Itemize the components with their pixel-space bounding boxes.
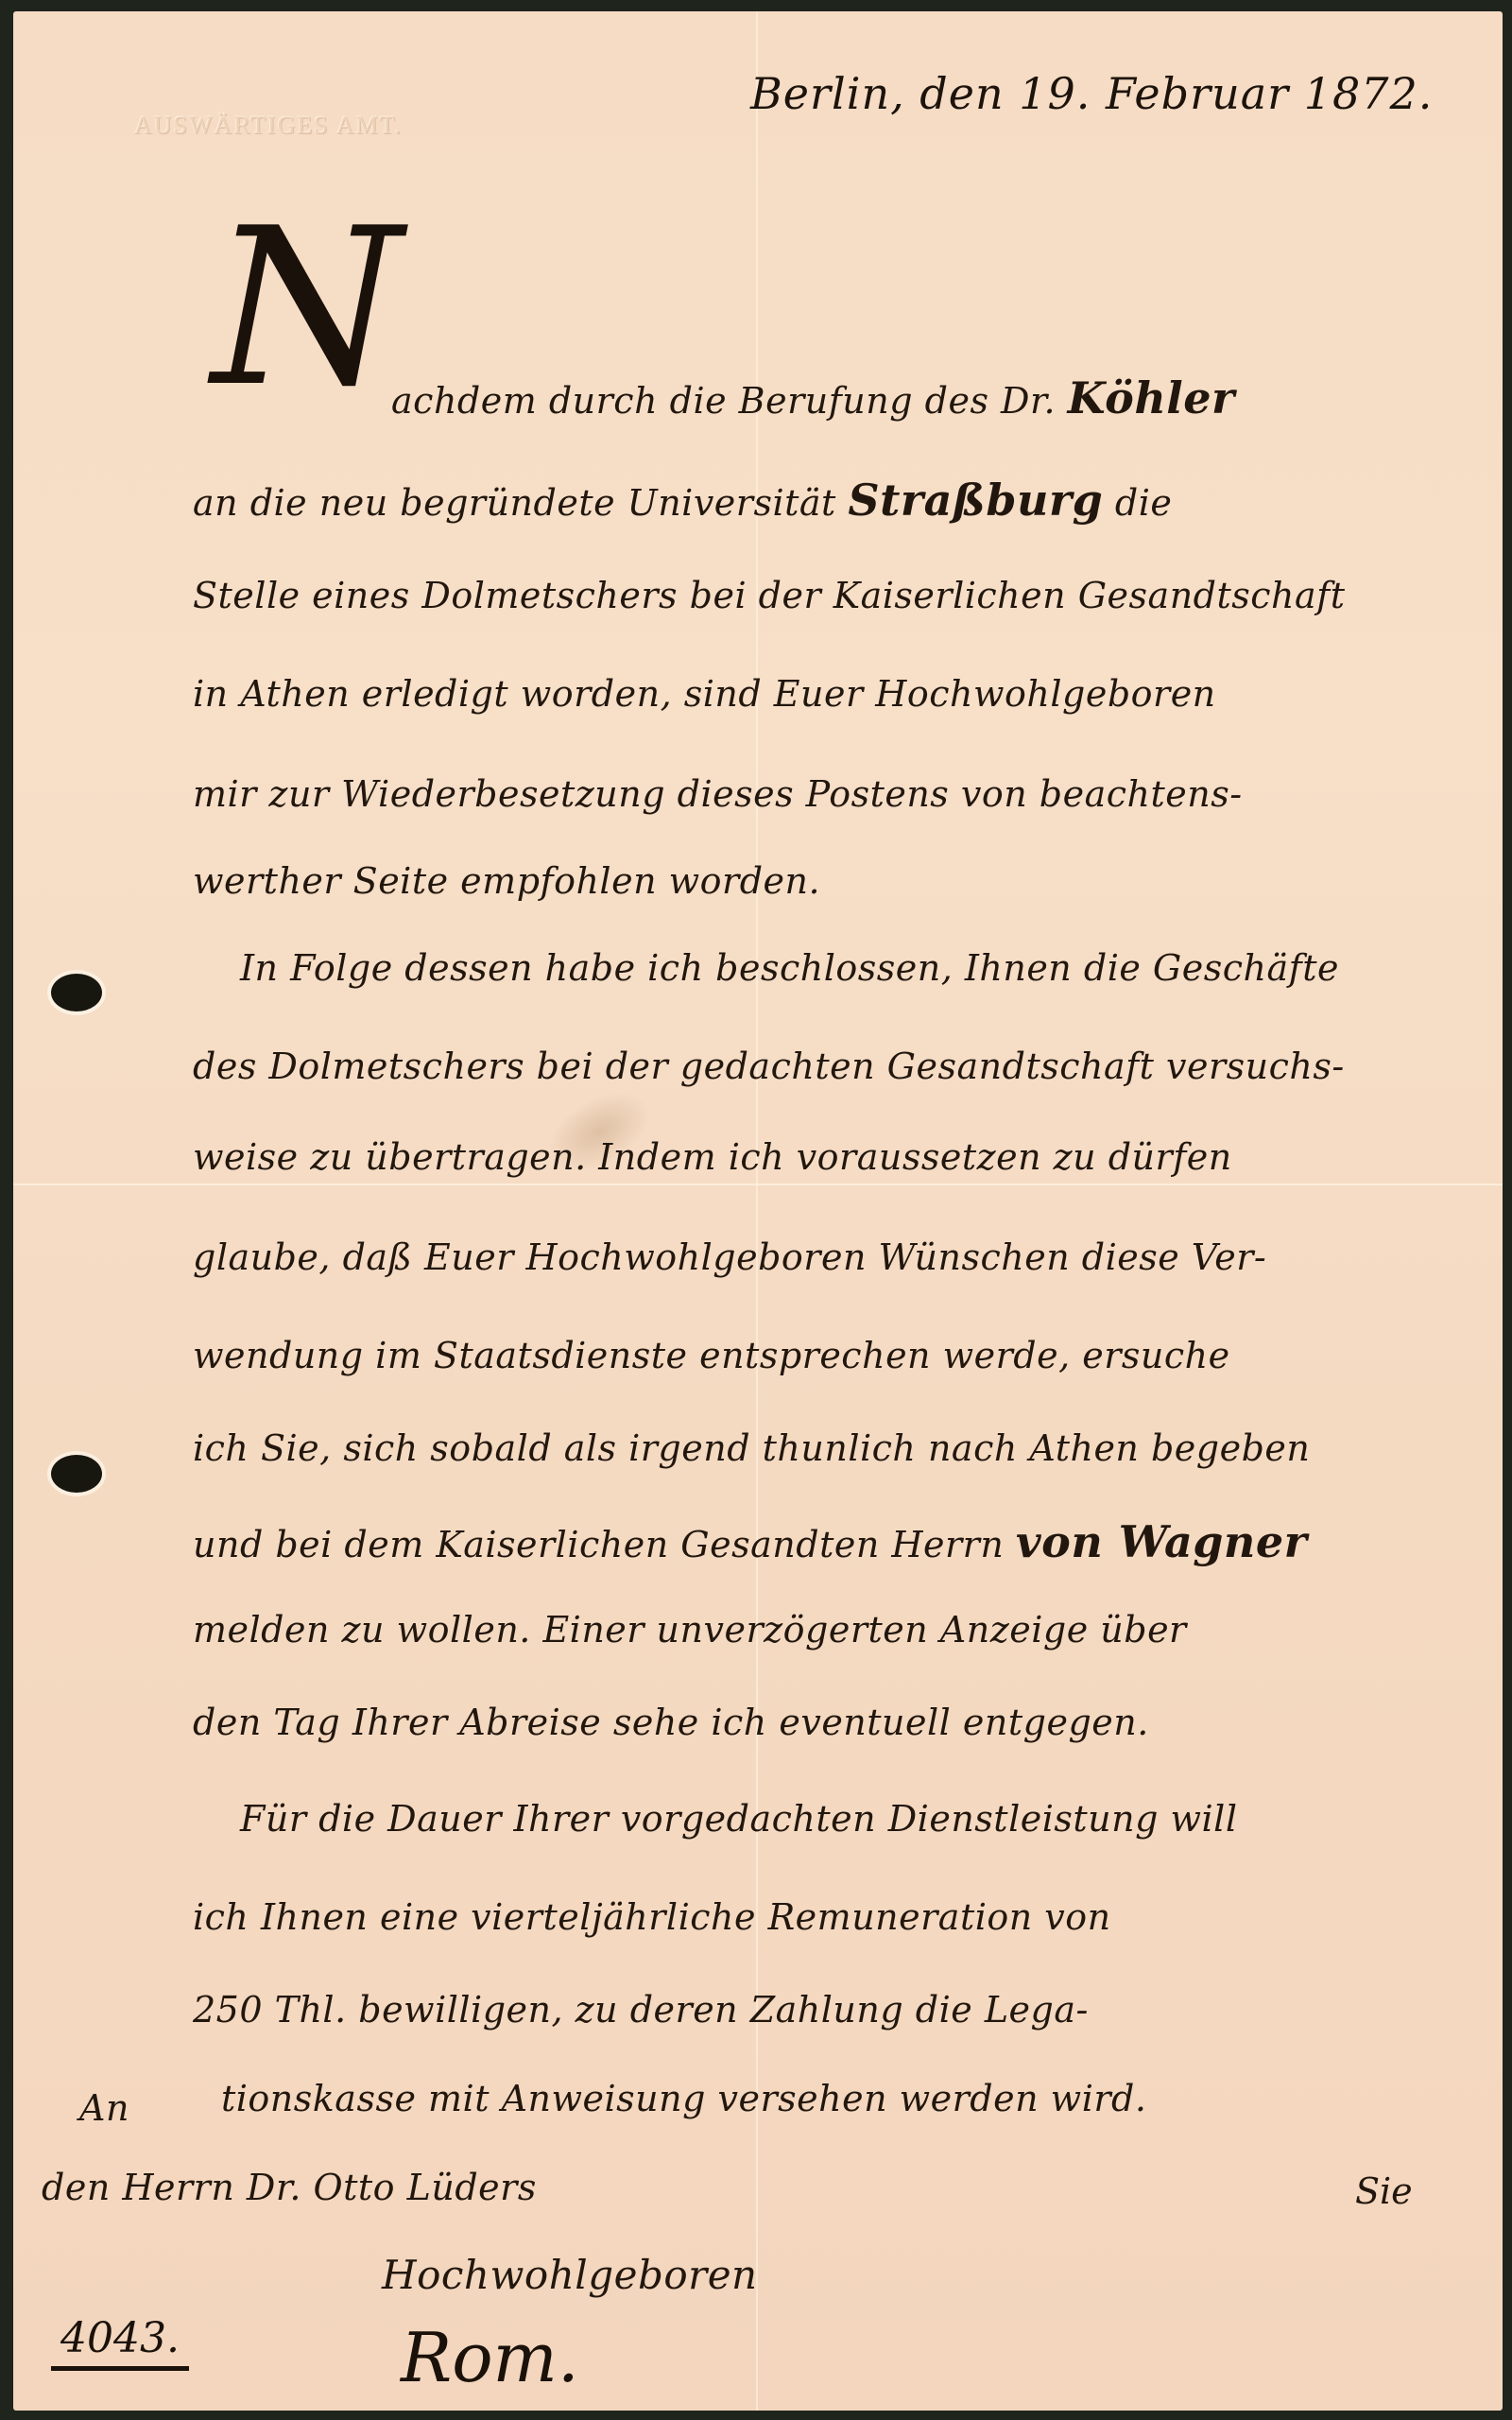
- body-line-15: den Tag Ihrer Abreise sehe ich eventuell…: [193, 1702, 1149, 1743]
- decorative-initial: N: [212, 200, 402, 418]
- vertical-fold-crease: [756, 11, 758, 2411]
- embossed-letterhead: AUSWÄRTIGES AMT.: [134, 112, 403, 140]
- body-line-2: an die neu begründete Universität Straßb…: [193, 475, 1172, 526]
- closing-sie: Sie: [1355, 2170, 1413, 2212]
- body-line-10: glaube, daß Euer Hochwohlgeboren Wünsche…: [193, 1236, 1266, 1278]
- body-line-18: 250 Thl. bewilligen, zu deren Zahlung di…: [193, 1989, 1089, 2031]
- body-line-1: achdem durch die Berufung des Dr. Köhler: [391, 372, 1235, 423]
- margin-an: An: [79, 2087, 129, 2129]
- body-line-9: weise zu übertragen. Indem ich vorausset…: [193, 1136, 1232, 1178]
- punch-hole-icon: [51, 1455, 102, 1493]
- horizontal-fold-crease: [13, 1184, 1503, 1185]
- body-line-8: des Dolmetschers bei der gedachten Gesan…: [193, 1046, 1345, 1087]
- body-line-11: wendung im Staatsdienste entsprechen wer…: [193, 1335, 1230, 1376]
- dateline: Berlin, den 19. Februar 1872.: [750, 68, 1433, 119]
- body-line-4: in Athen erledigt worden, sind Euer Hoch…: [193, 673, 1216, 715]
- body-line-17: ich Ihnen eine vierteljährliche Remunera…: [193, 1896, 1111, 1938]
- place-strassburg: Straßburg: [848, 475, 1103, 526]
- body-line-5: mir zur Wiederbesetzung dieses Postens v…: [193, 773, 1243, 815]
- body-line-14: melden zu wollen. Einer unverzögerten An…: [193, 1609, 1187, 1651]
- reference-number: 4043.: [51, 2314, 189, 2371]
- body-line-12: ich Sie, sich sobald als irgend thunlich…: [193, 1427, 1310, 1469]
- place-rom: Rom.: [401, 2318, 579, 2397]
- name-koehler: Köhler: [1068, 372, 1235, 423]
- name-von-wagner: von Wagner: [1016, 1516, 1307, 1567]
- body-line-16: Für die Dauer Ihrer vorgedachten Dienstl…: [240, 1798, 1237, 1840]
- body-line-6: werther Seite empfohlen worden.: [193, 860, 820, 902]
- body-line-19: tionskasse mit Anweisung versehen werden…: [221, 2078, 1146, 2119]
- body-line-3: Stelle eines Dolmetschers bei der Kaiser…: [193, 575, 1346, 616]
- body-line-7: In Folge dessen habe ich beschlossen, Ih…: [240, 947, 1339, 989]
- letter-sheet: AUSWÄRTIGES AMT. Berlin, den 19. Februar…: [13, 11, 1503, 2411]
- salutation-hochwohlgeboren: Hochwohlgeboren: [382, 2252, 758, 2298]
- addressee-line: den Herrn Dr. Otto Lüders: [42, 2167, 537, 2208]
- body-line-13: und bei dem Kaiserlichen Gesandten Herrn…: [193, 1516, 1307, 1567]
- punch-hole-icon: [51, 974, 102, 1011]
